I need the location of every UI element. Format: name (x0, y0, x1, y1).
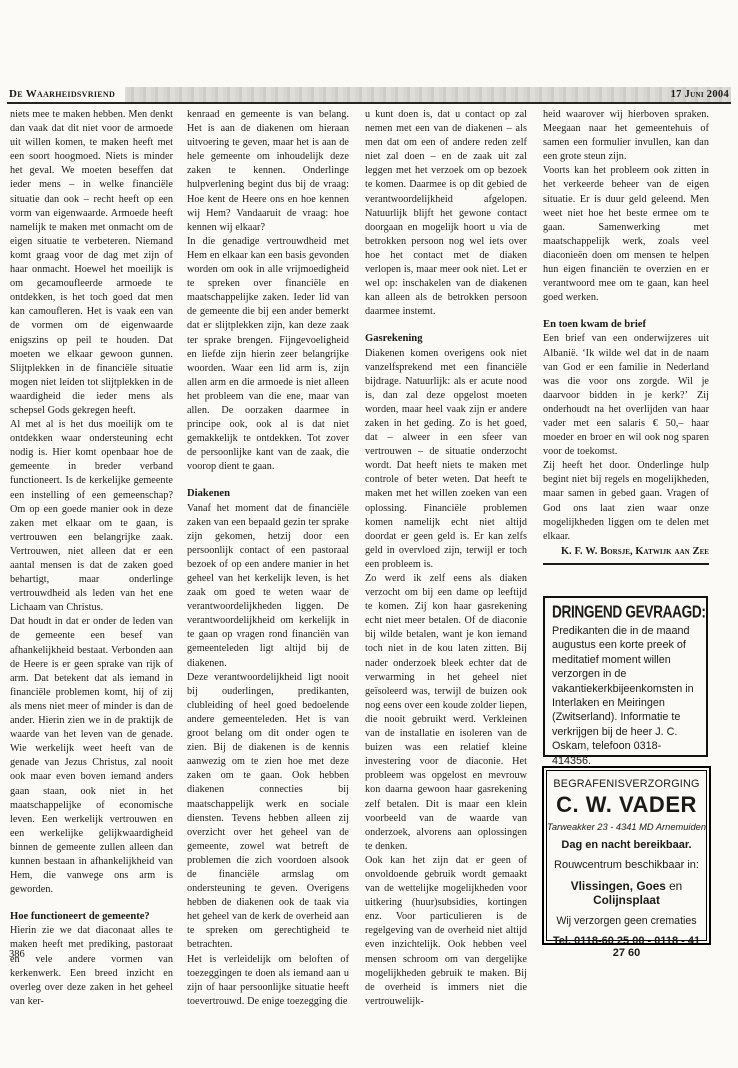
ad-cities-bold2: Colijnsplaat (593, 893, 660, 907)
ad-cities-bold1: Vlissingen, Goes (571, 879, 666, 893)
text-column-3: u kunt doen is, dat u contact op zal nem… (365, 108, 527, 1009)
body-paragraph: Een brief van een onderwijzeres uit Alba… (543, 332, 709, 459)
newspaper-page: De Waarheidsvriend 17 Juni 2004 niets me… (0, 0, 738, 1068)
body-paragraph: niets mee te maken hebben. Men denkt dan… (10, 108, 173, 418)
signature-rule (543, 563, 709, 565)
ad-cities: Vlissingen, Goes en Colijnsplaat (547, 879, 706, 907)
body-paragraph: Deze verantwoordelijkheid ligt nooit bij… (187, 671, 349, 953)
body-paragraph: Het is verleidelijk om beloften of toeze… (187, 953, 349, 1009)
author-signature: K. F. W. Borsje, Katwijk aan Zee (543, 544, 709, 559)
body-paragraph: Diakenen komen overigens ook niet vanzel… (365, 347, 527, 573)
ad-begrafenisverzorging-vader: BEGRAFENISVERZORGING C. W. VADER Tarweak… (546, 770, 707, 941)
body-paragraph: heid waarover wij hierboven spraken. Mee… (543, 108, 709, 164)
body-paragraph: Zo werd ik zelf eens als diaken verzocht… (365, 572, 527, 854)
section-heading: Gasrekening (365, 332, 527, 346)
body-paragraph: In die genadige vertrouwdheid met Hem en… (187, 235, 349, 475)
ad-address: Tarweakker 23 - 4341 MD Arnemuiden (547, 822, 706, 832)
ad-phone: Tel. 0118-60 25 00 - 0118 - 41 27 60 (547, 935, 706, 959)
body-paragraph: Hierin zie we dat diaconaat alles te mak… (10, 924, 173, 1009)
ad-rouwcentrum: Rouwcentrum beschikbaar in: (547, 859, 706, 871)
section-heading: Diakenen (187, 487, 349, 501)
ad-category: BEGRAFENISVERZORGING (547, 778, 706, 790)
ad-cities-mid: en (666, 879, 682, 893)
ad-body-text: Predikanten die in de maand augustus een… (552, 624, 699, 768)
body-paragraph: Dat houdt in dat er onder de leden van d… (10, 615, 173, 897)
text-column-1: niets mee te maken hebben. Men denkt dan… (10, 108, 173, 1009)
body-paragraph: Al met al is het dus moeilijk om te ontd… (10, 418, 173, 615)
masthead: De Waarheidsvriend 17 Juni 2004 (7, 87, 731, 104)
ad-company-name: C. W. VADER (547, 792, 706, 818)
body-paragraph: Zij heeft het door. Onderlinge hulp begi… (543, 459, 709, 544)
section-heading: Hoe functioneert de gemeente? (10, 910, 173, 924)
section-heading: En toen kwam de brief (543, 318, 709, 332)
body-paragraph: kenraad en gemeente is van belang. Het i… (187, 108, 349, 235)
ad-title: DRINGEND GEVRAAGD: (552, 603, 681, 623)
body-paragraph: Ook kan het zijn dat er geen of onvoldoe… (365, 854, 527, 1009)
text-column-2: kenraad en gemeente is van belang. Het i… (187, 108, 349, 1009)
body-paragraph: Voorts kan het probleem ook zitten in he… (543, 164, 709, 305)
body-paragraph: Vanaf het moment dat de financiële zaken… (187, 502, 349, 671)
ad-dringend-gevraagd: DRINGEND GEVRAAGD: Predikanten die in de… (543, 596, 708, 757)
body-paragraph: u kunt doen is, dat u contact op zal nem… (365, 108, 527, 319)
ad-no-cremation: Wij verzorgen geen crematies (547, 915, 706, 927)
page-number: 386 (9, 949, 25, 960)
issue-date: 17 Juni 2004 (671, 87, 731, 102)
publication-title: De Waarheidsvriend (7, 87, 125, 102)
text-column-4: heid waarover wij hierboven spraken. Mee… (543, 108, 709, 565)
ad-availability: Dag en nacht bereikbaar. (547, 839, 706, 851)
